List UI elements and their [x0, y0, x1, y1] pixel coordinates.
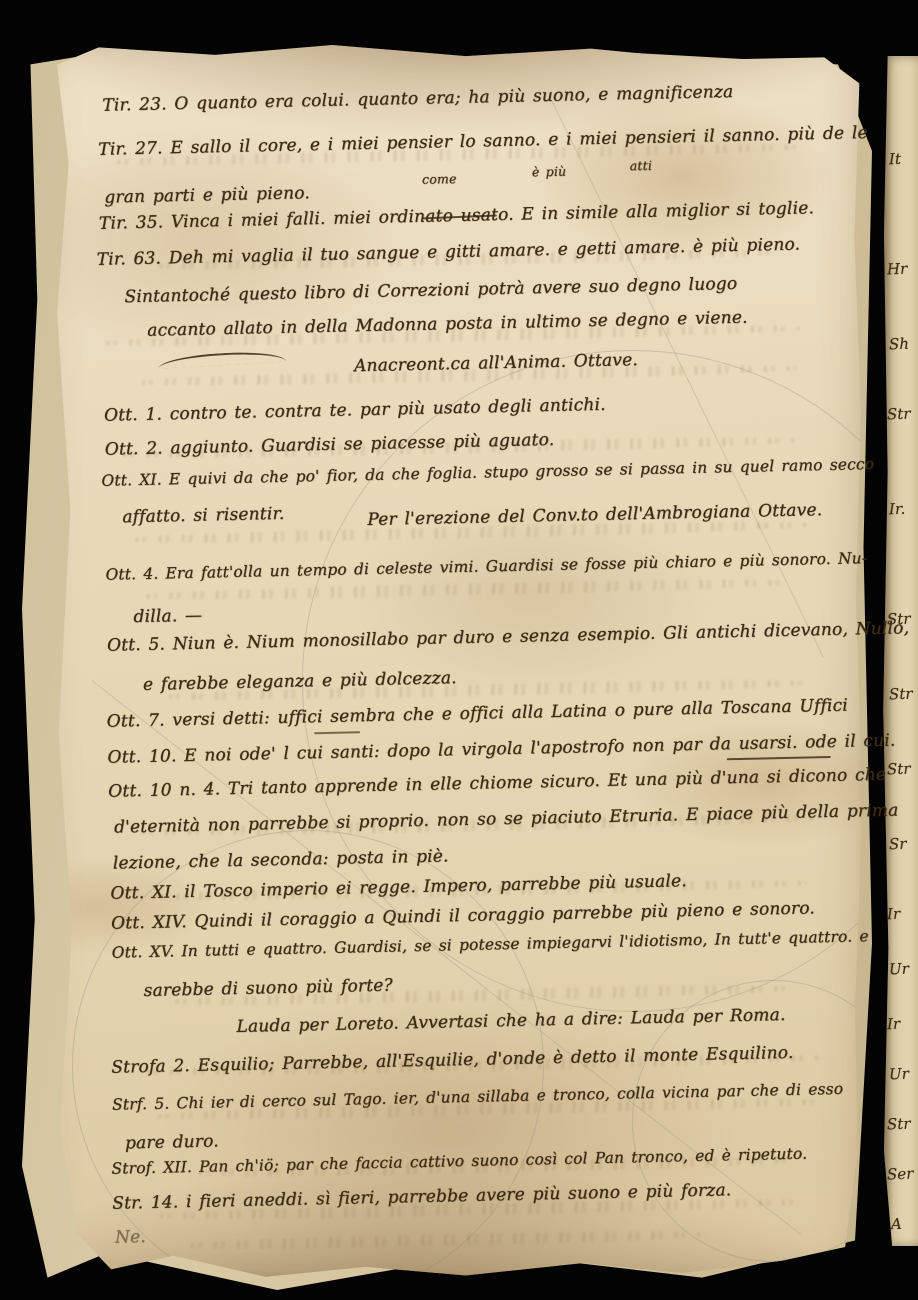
watermark-circle	[72, 830, 544, 1300]
page-scan: It Hr Sh Str Ir. Str Str Str Sr Ir Ur Ir…	[0, 0, 918, 1300]
watermark-circle	[302, 350, 918, 1012]
edge-fragment: Ser	[887, 1165, 914, 1184]
edge-fragment: Str	[887, 405, 911, 424]
edge-fragment: It	[889, 150, 902, 168]
edge-fragment: Ur	[889, 1065, 909, 1084]
edge-fragment: Ir.	[889, 500, 906, 519]
edge-fragment: Hr	[887, 260, 908, 279]
edge-fragment: Ur	[889, 960, 909, 979]
watermark-circle	[632, 980, 914, 1262]
edge-fragment: Str	[887, 760, 911, 779]
edge-fragment: Sh	[889, 335, 910, 354]
edge-fragment: Ir	[887, 905, 901, 923]
edge-fragment: Str	[889, 685, 913, 704]
edge-fragment: Str	[887, 1115, 911, 1134]
watermark-line	[551, 100, 824, 658]
edge-fragment: Str	[887, 610, 911, 629]
edge-fragment: Ir	[887, 1015, 901, 1033]
edge-fragment: Sr	[889, 835, 907, 854]
watermark-line	[91, 680, 801, 1235]
edge-fragment: A	[891, 1215, 902, 1233]
manuscript-page	[32, 40, 866, 1278]
